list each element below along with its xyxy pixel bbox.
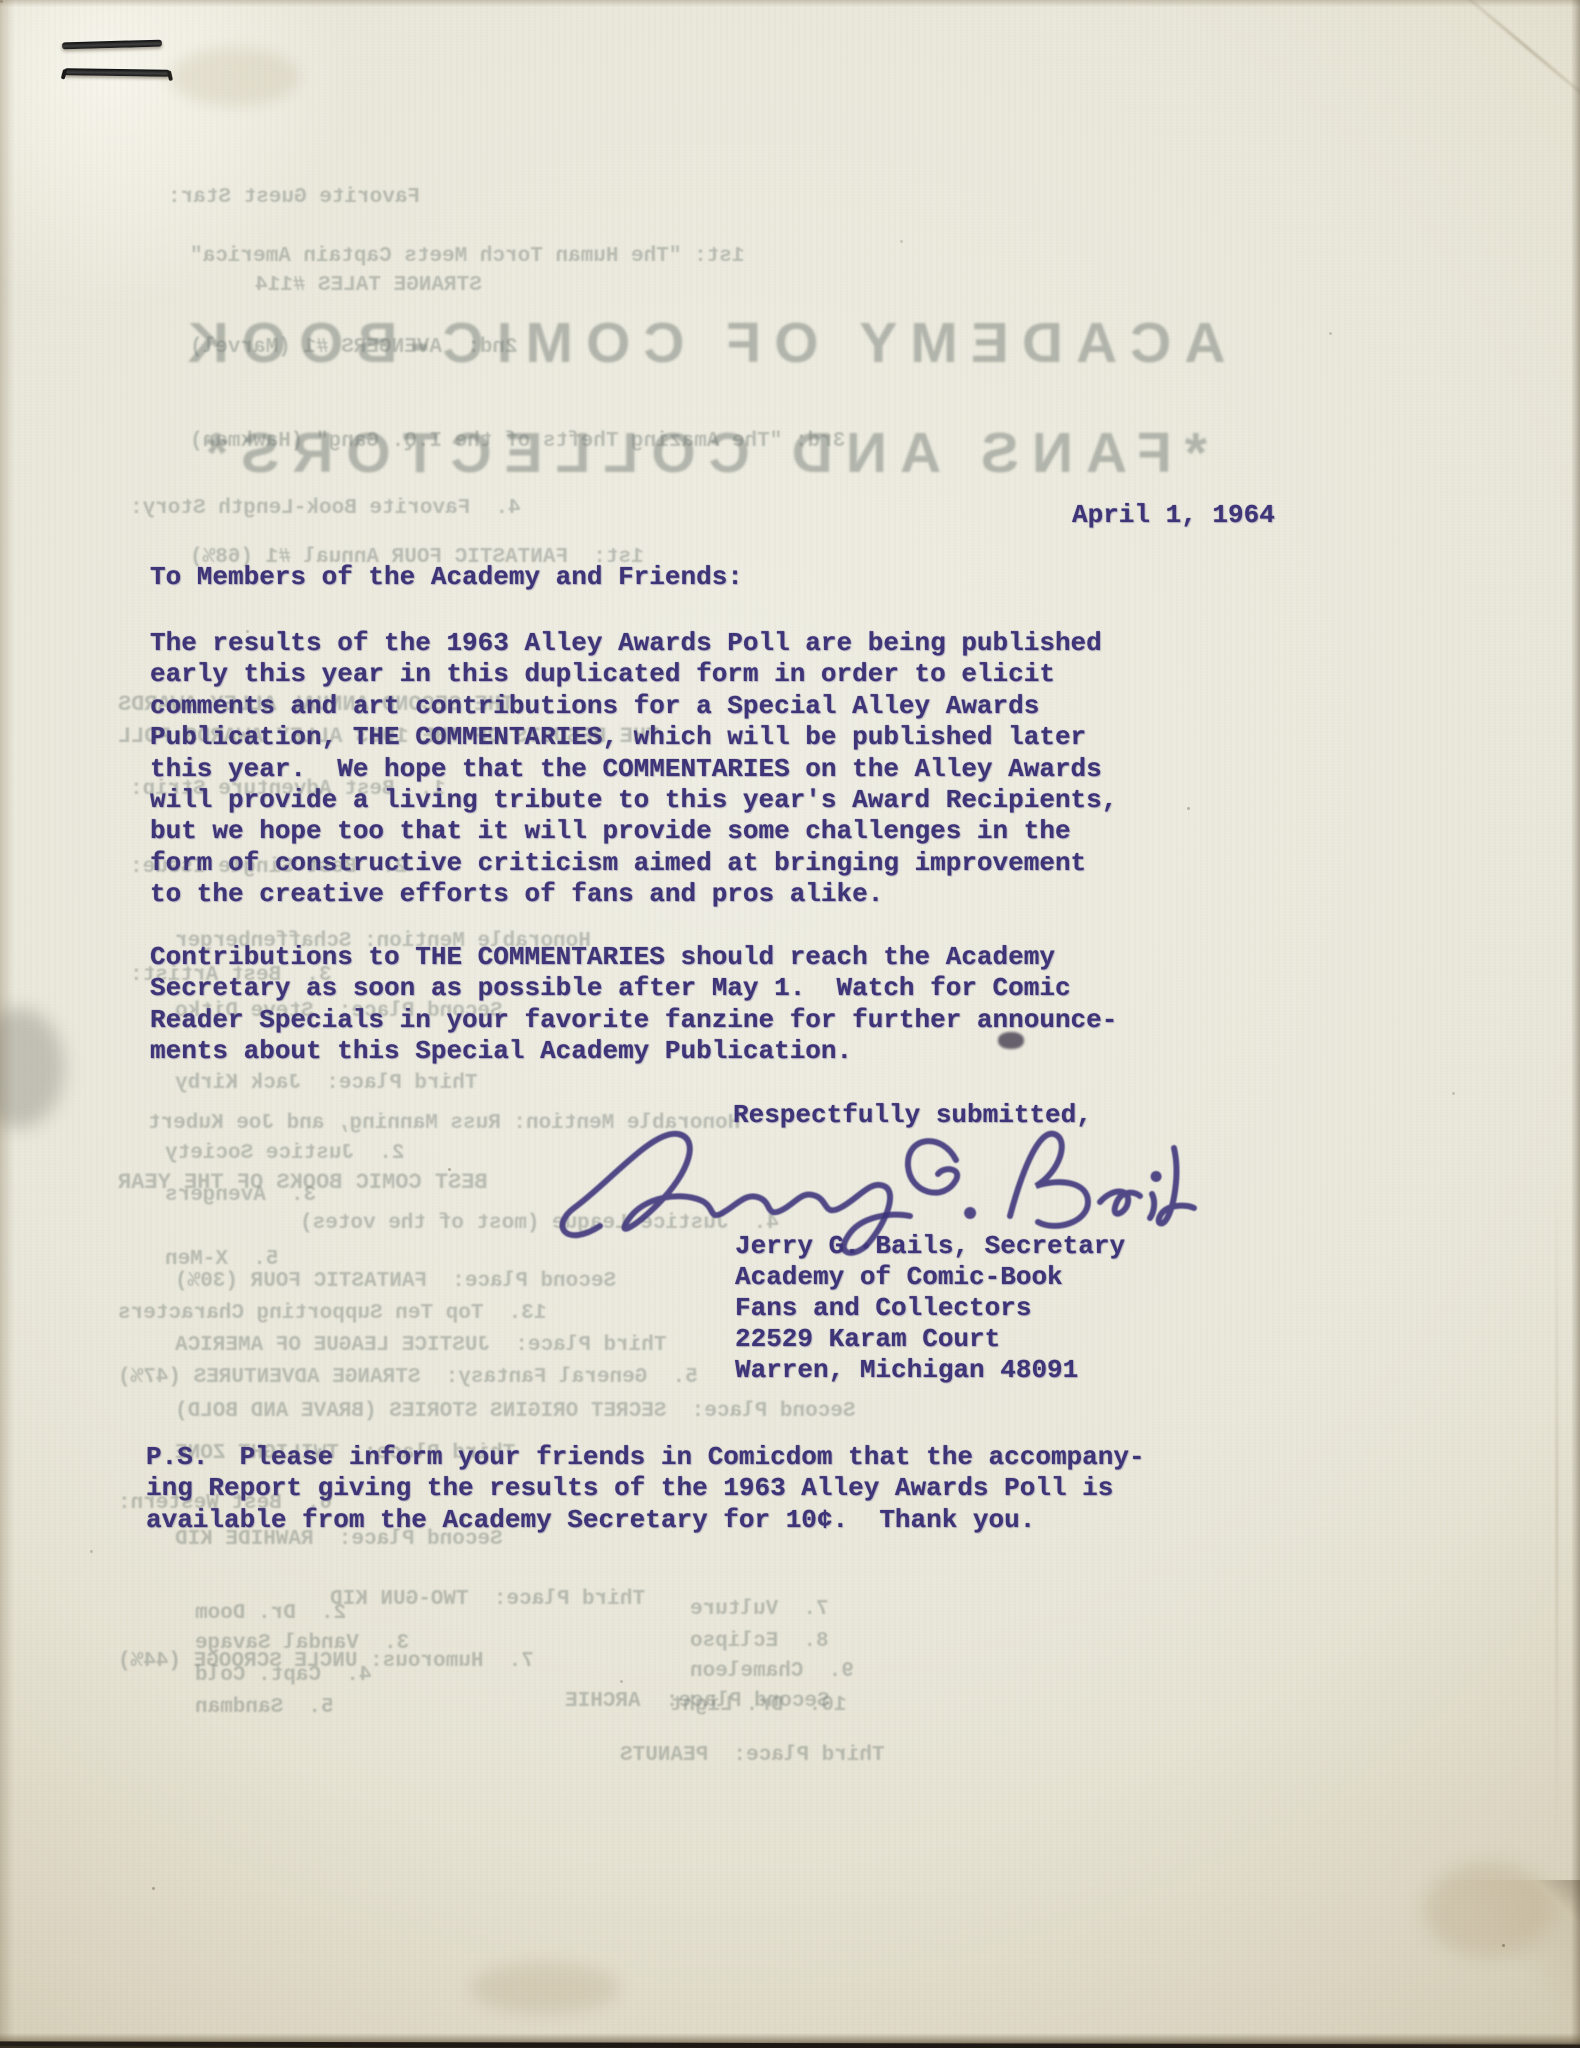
body-paragraph-1: The results of the 1963 Alley Awards Pol… <box>150 628 1117 911</box>
bleed-line: 1st: "The Human Torch Meets Captain Amer… <box>190 245 745 268</box>
paper-edge-top <box>0 0 1580 7</box>
bleed-line: Third Place: JUSTICE LEAGUE OF AMERICA <box>175 1334 666 1357</box>
bleed-line: Second Place: FANTASTIC FOUR (30%) <box>175 1270 616 1293</box>
bleed-line: 13. Top Ten Supporting Characters <box>118 1302 546 1325</box>
bleed-line: 2. Dr. Doom <box>195 1602 346 1625</box>
salutation: To Members of the Academy and Friends: <box>150 562 743 593</box>
bleed-line: Favorite Guest Star: <box>168 186 420 209</box>
bleed-line: 9. Chameleon <box>690 1660 854 1683</box>
crease-top-right <box>1430 0 1580 129</box>
bleed-line: 4. Favorite Book-Length Story: <box>130 497 521 520</box>
signature-block: Jerry G. Bails, Secretary Academy of Com… <box>735 1231 1125 1386</box>
stain-top-left <box>170 48 300 106</box>
bleed-title-line1: ACADEMY OF COMIC-BOOK <box>160 310 1240 376</box>
bleed-line: 3rd: "The Amazing Thefts of the I.Q. Gan… <box>190 430 845 453</box>
stain-bottom <box>470 1962 620 2014</box>
scanned-letter-page: ACADEMY OF COMIC-BOOK *FANS AND COLLECTO… <box>0 0 1580 2048</box>
bleed-line: 5. Sandman <box>195 1696 334 1719</box>
bleed-line: 7. Humorous: UNCLE SCROOGE (44%) <box>118 1650 534 1673</box>
bleed-line: 2. Justice Society <box>165 1142 404 1165</box>
body-paragraph-2: Contributions to THE COMMENTARIES should… <box>150 942 1117 1068</box>
bleed-line: 10. Dr. Light <box>670 1694 846 1717</box>
bleed-line: BEST COMIC BOOKS OF THE YEAR <box>118 1170 488 1195</box>
bleed-line: STRANGE TALES #114 <box>255 274 482 297</box>
staple-bottom <box>64 68 170 76</box>
bleed-line: 4. Capt. Cold <box>195 1664 371 1687</box>
staple-top <box>62 40 162 50</box>
crease-right-edge <box>1556 1180 1558 1840</box>
bleed-line: Third Place: TWO-GUN KID <box>330 1588 645 1611</box>
bleed-title-line2: *FANS AND COLLECTORS* <box>160 420 1240 486</box>
bleed-line: 3. Vandal Savage <box>195 1632 409 1655</box>
bleed-line: 3. Avengers <box>165 1184 316 1207</box>
bleed-line: 5. General Fantasy: STRANGE ADVENTURES (… <box>118 1366 698 1389</box>
bleed-line: Second Place: SECRET ORIGINS STORIES (BR… <box>175 1400 856 1423</box>
paper-edge-left <box>0 0 14 2048</box>
date-line: April 1, 1964 <box>1072 500 1275 531</box>
bleed-line: Second Place: ARCHIE <box>565 1690 830 1713</box>
bleed-line: Third Place: Jack Kirby <box>175 1072 477 1095</box>
postscript: P.S. Please inform your friends in Comic… <box>146 1442 1145 1536</box>
bleed-line: 5. X-Men <box>165 1248 278 1271</box>
bleed-line: 8. Eclipso <box>690 1630 829 1653</box>
bleed-line: 7. Vulture <box>690 1598 829 1621</box>
bleed-line: 2nd: AVENGERS #1 (Marvel) <box>190 336 518 359</box>
corner-fold-bottom-right <box>1420 1880 1580 2040</box>
bleed-line: Third Place: PEANUTS <box>620 1744 885 1767</box>
paper-edge-right <box>1571 0 1580 2048</box>
